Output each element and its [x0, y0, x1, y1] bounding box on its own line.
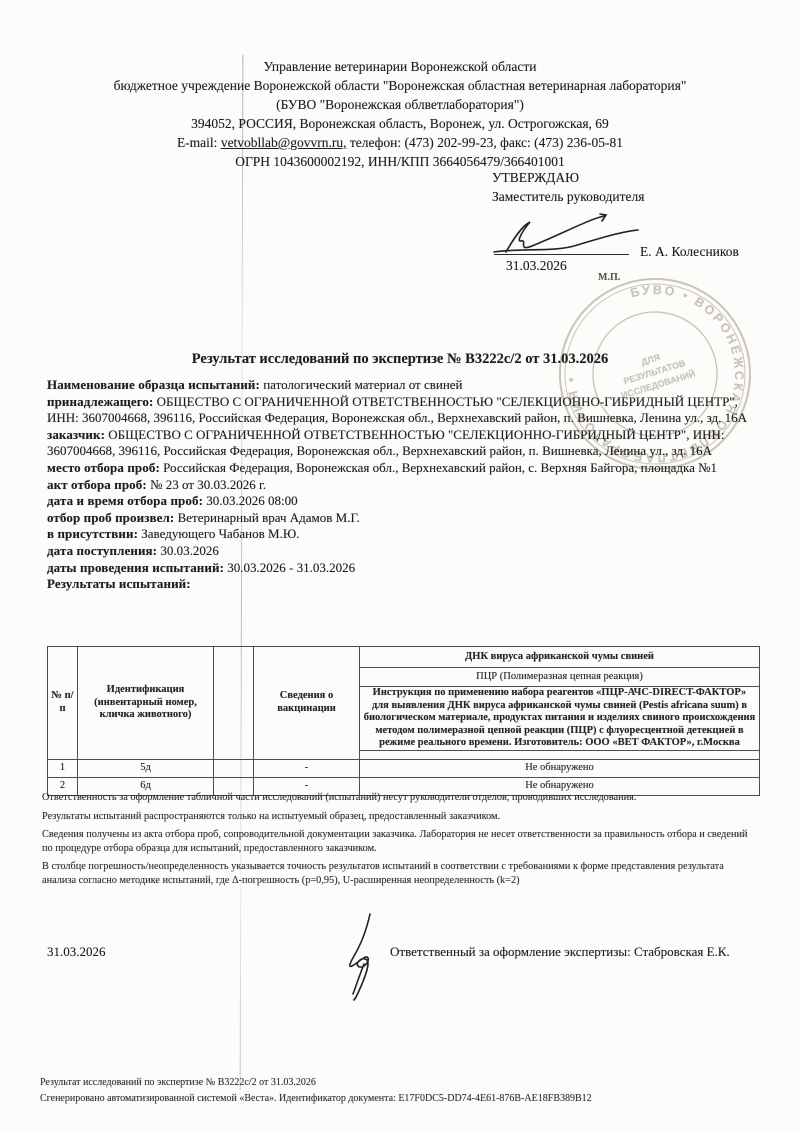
info-label: дата и время отбора проб:: [47, 493, 203, 508]
info-value: 30.03.2026 - 31.03.2026: [227, 560, 355, 575]
phone-fax: телефон: (473) 202-99-23, факс: (473) 23…: [350, 135, 623, 150]
report-date: 31.03.2026: [47, 944, 106, 960]
info-sampling-place: место отбора проб: Российская Федерация,…: [47, 460, 759, 477]
email-link: vetvobllab@govvrn.ru,: [221, 135, 347, 150]
responsible-person-text: Ответственный за оформление экспертизы: …: [390, 944, 730, 960]
approval-title: УТВЕРЖДАЮ: [492, 168, 772, 187]
test-group-header: ДНК вируса африканской чумы свиней: [360, 647, 760, 668]
note-responsibility: Ответственность за оформление табличной …: [42, 791, 760, 805]
info-sample-name: Наименование образца испытаний: патологи…: [47, 377, 759, 394]
info-sampling-act: акт отбора проб: № 23 от 30.03.2026 г.: [47, 477, 759, 494]
org-short-name: (БУВО "Воронежская облветлаборатория"): [40, 95, 760, 114]
org-name: бюджетное учреждение Воронежской области…: [40, 76, 760, 95]
info-label: в присутствии:: [47, 526, 138, 541]
document-footer: Результат исследований по экспертизе № В…: [40, 1075, 770, 1106]
info-value: патологический материал от свиней: [263, 377, 462, 392]
info-value: ОБЩЕСТВО С ОГРАНИЧЕННОЙ ОТВЕТСТВЕННОСТЬЮ…: [47, 427, 725, 459]
info-value: 30.03.2026: [160, 543, 219, 558]
info-customer: заказчик: ОБЩЕСТВО С ОГРАНИЧЕННОЙ ОТВЕТС…: [47, 427, 759, 460]
test-method-header: ПЦР (Полимеразная цепная реакция): [360, 668, 760, 687]
document-page: Управление ветеринарии Воронежской облас…: [0, 0, 800, 1130]
info-label: отбор проб произвел:: [47, 510, 174, 525]
info-label: дата поступления:: [47, 543, 157, 558]
footer-generated-by: Сгенерировано автоматизированной системо…: [40, 1091, 770, 1107]
col-header-vaccination: Сведения о вакцинации: [254, 647, 360, 760]
results-table: № п/п Идентификация (инвентарный номер, …: [47, 646, 760, 796]
footer-expertise-ref: Результат исследований по экспертизе № В…: [40, 1075, 770, 1091]
responsible-signature-icon: [340, 912, 386, 1002]
signature-line: [494, 254, 629, 255]
info-witness: в присутствии: Заведующего Чабанов М.Ю.: [47, 526, 759, 543]
row-identification: 5д: [78, 759, 214, 777]
info-testing-dates: даты проведения испытаний: 30.03.2026 - …: [47, 560, 759, 577]
sample-info-section: Наименование образца испытаний: патологи…: [47, 377, 759, 593]
info-label: принадлежащего:: [47, 394, 153, 409]
info-owner: принадлежащего: ОБЩЕСТВО С ОГРАНИЧЕННОЙ …: [47, 394, 759, 427]
info-sampled-by: отбор проб произвел: Ветеринарный врач А…: [47, 510, 759, 527]
approver-name: Е. А. Колесников: [640, 242, 739, 261]
email-label: E-mail:: [177, 135, 218, 150]
responsible-signature-block: 31.03.2026 Ответственный за оформление э…: [47, 912, 760, 1002]
approver-signature-icon: [492, 208, 642, 258]
info-value: 30.03.2026 08:00: [206, 493, 297, 508]
info-label: Наименование образца испытаний:: [47, 377, 260, 392]
info-received-date: дата поступления: 30.03.2026: [47, 543, 759, 560]
col-header-num: № п/п: [48, 647, 78, 760]
info-value: № 23 от 30.03.2026 г.: [150, 477, 266, 492]
approval-block: УТВЕРЖДАЮ Заместитель руководителя Е. А.…: [492, 168, 772, 264]
table-row: 1 5д - Не обнаружено: [48, 759, 760, 777]
results-heading: Результаты испытаний:: [47, 576, 759, 593]
row-vaccination: -: [254, 759, 360, 777]
notes-section: Ответственность за оформление табличной …: [42, 791, 760, 892]
approver-position: Заместитель руководителя: [492, 187, 772, 206]
info-label: акт отбора проб:: [47, 477, 147, 492]
info-label: место отбора проб:: [47, 460, 160, 475]
note-uncertainty: В столбце погрешность/неопределенность у…: [42, 860, 760, 887]
info-value: Ветеринарный врач Адамов М.Г.: [178, 510, 360, 525]
row-blank: [214, 759, 254, 777]
approval-date: 31.03.2026: [506, 256, 567, 275]
info-label: даты проведения испытаний:: [47, 560, 224, 575]
org-address: 394052, РОССИЯ, Воронежская область, Вор…: [40, 114, 760, 133]
row-result: Не обнаружено: [360, 759, 760, 777]
col-header-blank: [214, 647, 254, 760]
col-header-identification: Идентификация (инвентарный номер, кличка…: [78, 647, 214, 760]
info-sampling-datetime: дата и время отбора проб: 30.03.2026 08:…: [47, 493, 759, 510]
test-method-details: Инструкция по применению набора реагенто…: [360, 687, 760, 751]
document-title: Результат исследований по экспертизе № В…: [60, 351, 740, 368]
organization-header: Управление ветеринарии Воронежской облас…: [40, 57, 760, 171]
note-sampling-info: Сведения получены из акта отбора проб, с…: [42, 828, 760, 855]
note-scope: Результаты испытаний распространяются то…: [42, 810, 760, 824]
info-label: заказчик:: [47, 427, 105, 442]
info-value: Заведующего Чабанов М.Ю.: [141, 526, 299, 541]
info-value: Российская Федерация, Воронежская обл., …: [163, 460, 717, 475]
row-num: 1: [48, 759, 78, 777]
header-gap-cell: [360, 750, 760, 759]
org-contacts: E-mail: vetvobllab@govvrn.ru, телефон: (…: [40, 133, 760, 152]
stamp-place-label: М.П.: [598, 272, 620, 283]
approver-signature-area: Е. А. Колесников 31.03.2026: [492, 206, 772, 264]
info-label: Результаты испытаний:: [47, 576, 191, 591]
org-authority: Управление ветеринарии Воронежской облас…: [40, 57, 760, 76]
